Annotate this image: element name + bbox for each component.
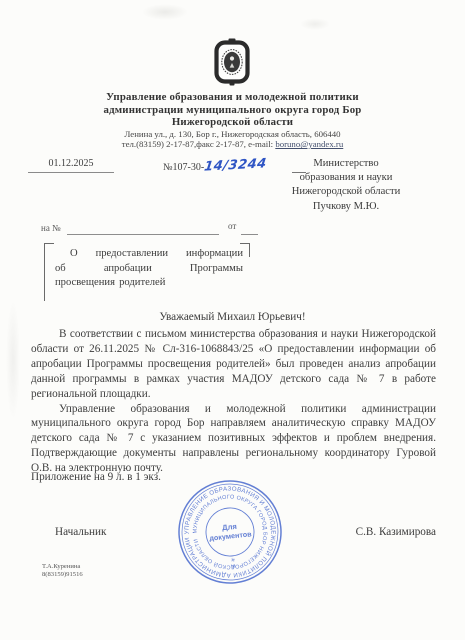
reply-number-label: на № bbox=[41, 223, 61, 233]
salutation: Уважаемый Михаил Юрьевич! bbox=[0, 311, 465, 323]
stamp-star: ✳ bbox=[231, 564, 237, 571]
reply-reference-row: на № от bbox=[0, 221, 465, 239]
subject-line: просвещения родителей bbox=[55, 276, 243, 291]
executor-block: Т.А.Куренина 8(83159)91516 bbox=[42, 563, 83, 579]
reply-from-label: от bbox=[228, 221, 236, 231]
attachment-note: Приложение на 9 л. в 1 экз. bbox=[31, 471, 161, 483]
letterhead-address: Ленина ул., д. 130, Бор г., Нижегородска… bbox=[0, 129, 465, 139]
addressee-line: Нижегородской области bbox=[255, 185, 437, 199]
round-stamp: УПРАВЛЕНИЕ ОБРАЗОВАНИЯ И МОЛОДЕЖНОЙ ПОЛИ… bbox=[170, 472, 291, 593]
addressee-block: Министерство образования и науки Нижегор… bbox=[255, 157, 437, 214]
addressee-line: Пучкову М.Ю. bbox=[255, 200, 437, 214]
org-name-line: Нижегородской области bbox=[0, 116, 465, 129]
body-paragraph: Управление образования и молодежной поли… bbox=[31, 402, 436, 477]
stamp-center-line2: документов bbox=[209, 529, 253, 542]
signer-name: С.В. Казимирова bbox=[320, 526, 436, 538]
addressee-line: Министерство bbox=[255, 157, 437, 171]
reply-number-blank-line bbox=[67, 234, 219, 235]
letterhead-phone: тел.(83159) 2-17-87,факс 2-17-87, e-mail… bbox=[122, 139, 276, 149]
subject-line: об апробации Программы bbox=[55, 262, 243, 277]
scanned-letter-page: Управление образования и молодежной поли… bbox=[0, 0, 465, 640]
body-paragraph: В соответствии с письмом министерства об… bbox=[31, 327, 436, 402]
signer-position: Начальник bbox=[55, 526, 106, 538]
letterhead-email: boruno@yandex.ru bbox=[275, 139, 343, 149]
letter-number-printed: №107-30- bbox=[163, 162, 204, 173]
letterhead-contacts: Ленина ул., д. 130, Бор г., Нижегородска… bbox=[0, 129, 465, 149]
letterhead-org-name: Управление образования и молодежной поли… bbox=[0, 91, 465, 129]
reply-from-blank-line bbox=[241, 234, 258, 235]
subject-corner-bracket-left bbox=[44, 243, 54, 301]
scan-smudge bbox=[142, 4, 188, 20]
letter-body: В соответствии с письмом министерства об… bbox=[31, 327, 436, 476]
letter-number: №107-30-14/3244 bbox=[163, 159, 267, 174]
stamp-star: ✳ bbox=[230, 557, 236, 564]
addressee-line: образования и науки bbox=[255, 171, 437, 185]
letter-date: 01.12.2025 bbox=[28, 158, 114, 173]
org-name-line: администрации муниципального округа горо… bbox=[0, 104, 465, 117]
org-name-line: Управление образования и молодежной поли… bbox=[0, 91, 465, 104]
letterhead-phone-email: тел.(83159) 2-17-87,факс 2-17-87, e-mail… bbox=[0, 139, 465, 149]
executor-phone: 8(83159)91516 bbox=[42, 571, 83, 579]
coat-of-arms-icon bbox=[212, 38, 252, 88]
scan-smudge bbox=[300, 18, 330, 30]
executor-name: Т.А.Куренина bbox=[42, 563, 83, 571]
letter-subject: О предоставлении информации об апробации… bbox=[55, 247, 243, 291]
subject-line: О предоставлении информации bbox=[55, 247, 243, 262]
